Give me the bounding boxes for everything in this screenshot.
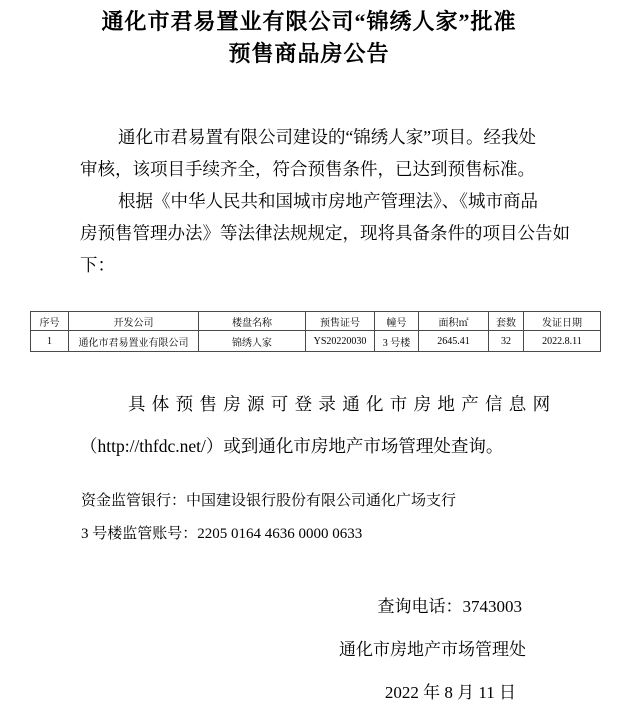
fund-supervision-info: 资金监管银行：中国建设银行股份有限公司通化广场支行 3 号楼监管账号：2205 …	[81, 485, 618, 551]
supervision-account-line: 3 号楼监管账号：2205 0164 4636 0000 0633	[81, 518, 618, 551]
document-body: 通化市君易置有限公司建设的“锦绣人家”项目。经我处 审核，该项目手续齐全，符合预…	[80, 121, 560, 281]
legal-basis-paragraph: 根据《中华人民共和国城市房地产管理法》、《城市商品 房预售管理办法》等法律法规规…	[80, 185, 560, 281]
supervision-bank-line: 资金监管银行：中国建设银行股份有限公司通化广场支行	[81, 485, 618, 518]
intro-paragraph: 通化市君易置有限公司建设的“锦绣人家”项目。经我处 审核，该项目手续齐全，符合预…	[80, 121, 560, 185]
paragraph-line: 房预售管理办法》等法律法规规定，现将具备条件的项目公告如	[80, 217, 560, 249]
query-phone-line: 查询电话：3743003	[0, 585, 618, 628]
paragraph-line: 审核，该项目手续齐全，符合预售条件，已达到预售标准。	[80, 153, 560, 185]
paragraph-line: 下：	[80, 249, 560, 281]
table-cell-issue-date: 2022.8.11	[524, 331, 601, 352]
document-title-line2: 预售商品房公告	[0, 38, 618, 70]
table-header-row: 序号 开发公司 楼盘名称 预售证号 幢号 面积㎡ 套数 发证日期	[31, 312, 601, 331]
paragraph-line: 具体预售房源可登录通化市房地产信息网	[80, 383, 568, 425]
table-header-cell: 幢号	[375, 312, 419, 331]
table-header-cell: 序号	[31, 312, 69, 331]
paragraph-line: 通化市君易置有限公司建设的“锦绣人家”项目。经我处	[80, 121, 560, 153]
table-header-cell: 套数	[489, 312, 524, 331]
issuing-agency-line: 通化市房地产市场管理处	[0, 628, 618, 671]
table-cell-area: 2645.41	[419, 331, 489, 352]
presale-table: 序号 开发公司 楼盘名称 预售证号 幢号 面积㎡ 套数 发证日期 1 通化市君易…	[30, 311, 601, 352]
table-header-cell: 楼盘名称	[199, 312, 306, 331]
announcement-document: 通化市君易置业有限公司“锦绣人家”批准 预售商品房公告 通化市君易置有限公司建设…	[0, 0, 618, 727]
table-cell-units: 32	[489, 331, 524, 352]
document-title-line1: 通化市君易置业有限公司“锦绣人家”批准	[0, 6, 618, 38]
table-row: 1 通化市君易置业有限公司 锦绣人家 YS20220030 3 号楼 2645.…	[31, 331, 601, 352]
table-header-cell: 预售证号	[306, 312, 375, 331]
paragraph-line-with-url: （http://thfdc.net/）或到通化市房地产市场管理处查询。	[80, 425, 568, 467]
query-info-paragraph: 具体预售房源可登录通化市房地产信息网 （http://thfdc.net/）或到…	[80, 383, 568, 467]
table-header-cell: 开发公司	[69, 312, 199, 331]
table-cell-project: 锦绣人家	[199, 331, 306, 352]
table-header-cell: 发证日期	[524, 312, 601, 331]
table-cell-building-no: 3 号楼	[375, 331, 419, 352]
document-title: 通化市君易置业有限公司“锦绣人家”批准 预售商品房公告	[0, 6, 618, 70]
table-cell-permit-no: YS20220030	[306, 331, 375, 352]
paragraph-line: 根据《中华人民共和国城市房地产管理法》、《城市商品	[80, 185, 560, 217]
table-cell-developer: 通化市君易置业有限公司	[69, 331, 199, 352]
issue-date-line: 2022 年 8 月 11 日	[0, 671, 618, 714]
table-cell-seq: 1	[31, 331, 69, 352]
table-header-cell: 面积㎡	[419, 312, 489, 331]
document-footer: 查询电话：3743003 通化市房地产市场管理处 2022 年 8 月 11 日	[0, 585, 618, 714]
